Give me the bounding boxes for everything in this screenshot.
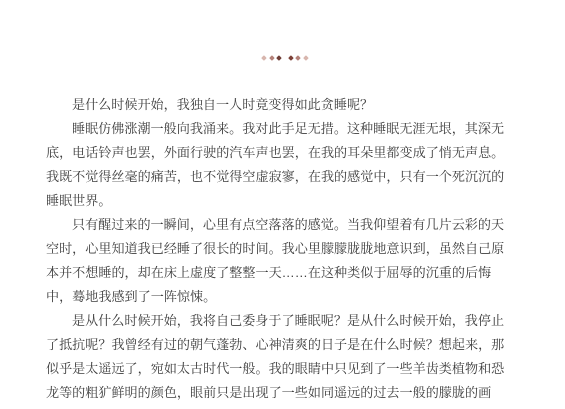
divider-dot-icon: [276, 55, 282, 61]
divider-dot-icon: [269, 55, 275, 61]
text-line: 似乎是太遥远了，宛如太古时代一般。我的眼睛中只见到了一些羊齿类植物和恐: [46, 357, 521, 381]
text-line: 是什么时候开始，我独自一人时竟变得如此贪睡呢？: [46, 93, 521, 117]
reader-page[interactable]: 是什么时候开始，我独自一人时竟变得如此贪睡呢？睡眠仿佛涨潮一般向我涌来。我对此手…: [0, 0, 565, 409]
divider-dot-icon: [296, 55, 302, 61]
text-line: 是从什么时候开始，我将自己委身于了睡眠呢？是从什么时候开始，我停止: [46, 309, 521, 333]
section-divider: [0, 54, 565, 62]
text-line: 了抵抗呢？我曾经有过的朝气蓬勃、心神清爽的日子是在什么时候？想起来，那: [46, 333, 521, 357]
text-line: 我既不觉得丝毫的痛苦，也不觉得空虚寂寥，在我的感觉中，只有一个死沉沉的: [46, 165, 521, 189]
text-line: 睡眠世界。: [46, 189, 521, 213]
divider-dot-icon: [303, 55, 309, 61]
text-line: 只有醒过来的一瞬间，心里有点空落落的感觉。当我仰望着有几片云彩的天: [46, 213, 521, 237]
text-line: 空时，心里知道我已经睡了很长的时间。我心里朦朦胧胧地意识到，虽然自己原: [46, 237, 521, 261]
text-line: 本并不想睡的，却在床上虚度了整整一天……在这种类似于屈辱的沉重的后悔: [46, 261, 521, 285]
body-text: 是什么时候开始，我独自一人时竟变得如此贪睡呢？睡眠仿佛涨潮一般向我涌来。我对此手…: [46, 93, 521, 405]
text-line: 龙等的粗犷鲜明的颜色，眼前只是出现了一些如同遥远的过去一般的朦胧的画: [46, 381, 521, 405]
text-line: 底，电话铃声也罢，外面行驶的汽车声也罢，在我的耳朵里都变成了悄无声息。: [46, 141, 521, 165]
divider-dot-icon: [288, 55, 294, 61]
divider-dot-icon: [262, 55, 268, 61]
text-line: 睡眠仿佛涨潮一般向我涌来。我对此手足无措。这种睡眠无涯无垠，其深无: [46, 117, 521, 141]
text-line: 中，蓦地我感到了一阵惊悚。: [46, 285, 521, 309]
